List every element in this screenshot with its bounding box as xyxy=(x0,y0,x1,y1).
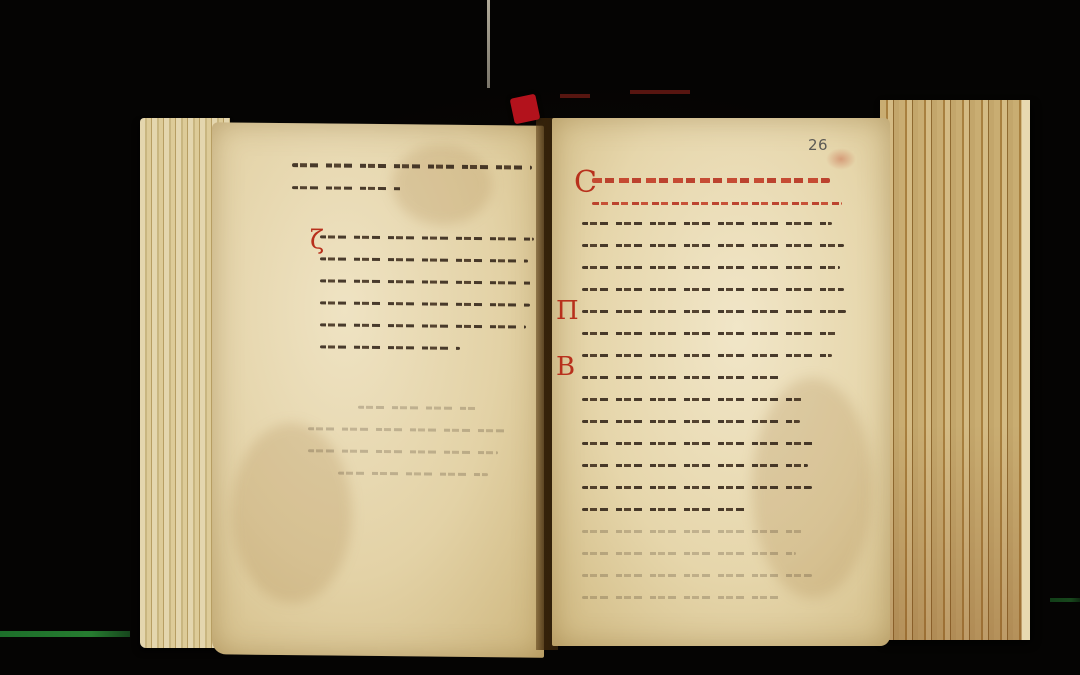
headband-thread xyxy=(560,94,590,98)
show-through-script xyxy=(308,405,528,495)
red-bookmark xyxy=(510,94,541,125)
right-page: C П В xyxy=(552,118,890,646)
main-script-block xyxy=(582,222,852,618)
red-initial: В xyxy=(556,354,575,380)
green-marker-strip-right xyxy=(1050,598,1080,602)
red-initial: П xyxy=(556,298,579,324)
title-rubric xyxy=(592,178,842,224)
page-block-right-edges xyxy=(880,100,1030,640)
outer-leaf xyxy=(1022,100,1030,640)
green-marker-strip xyxy=(0,631,130,637)
left-page: ζ xyxy=(212,122,544,657)
main-script-block xyxy=(320,235,540,369)
heading-script xyxy=(292,163,532,211)
crossed-out-folio-mark xyxy=(826,148,856,170)
photo-scene: ζ C xyxy=(0,0,1080,675)
headband-thread xyxy=(630,90,690,94)
scale-rod xyxy=(487,0,490,88)
